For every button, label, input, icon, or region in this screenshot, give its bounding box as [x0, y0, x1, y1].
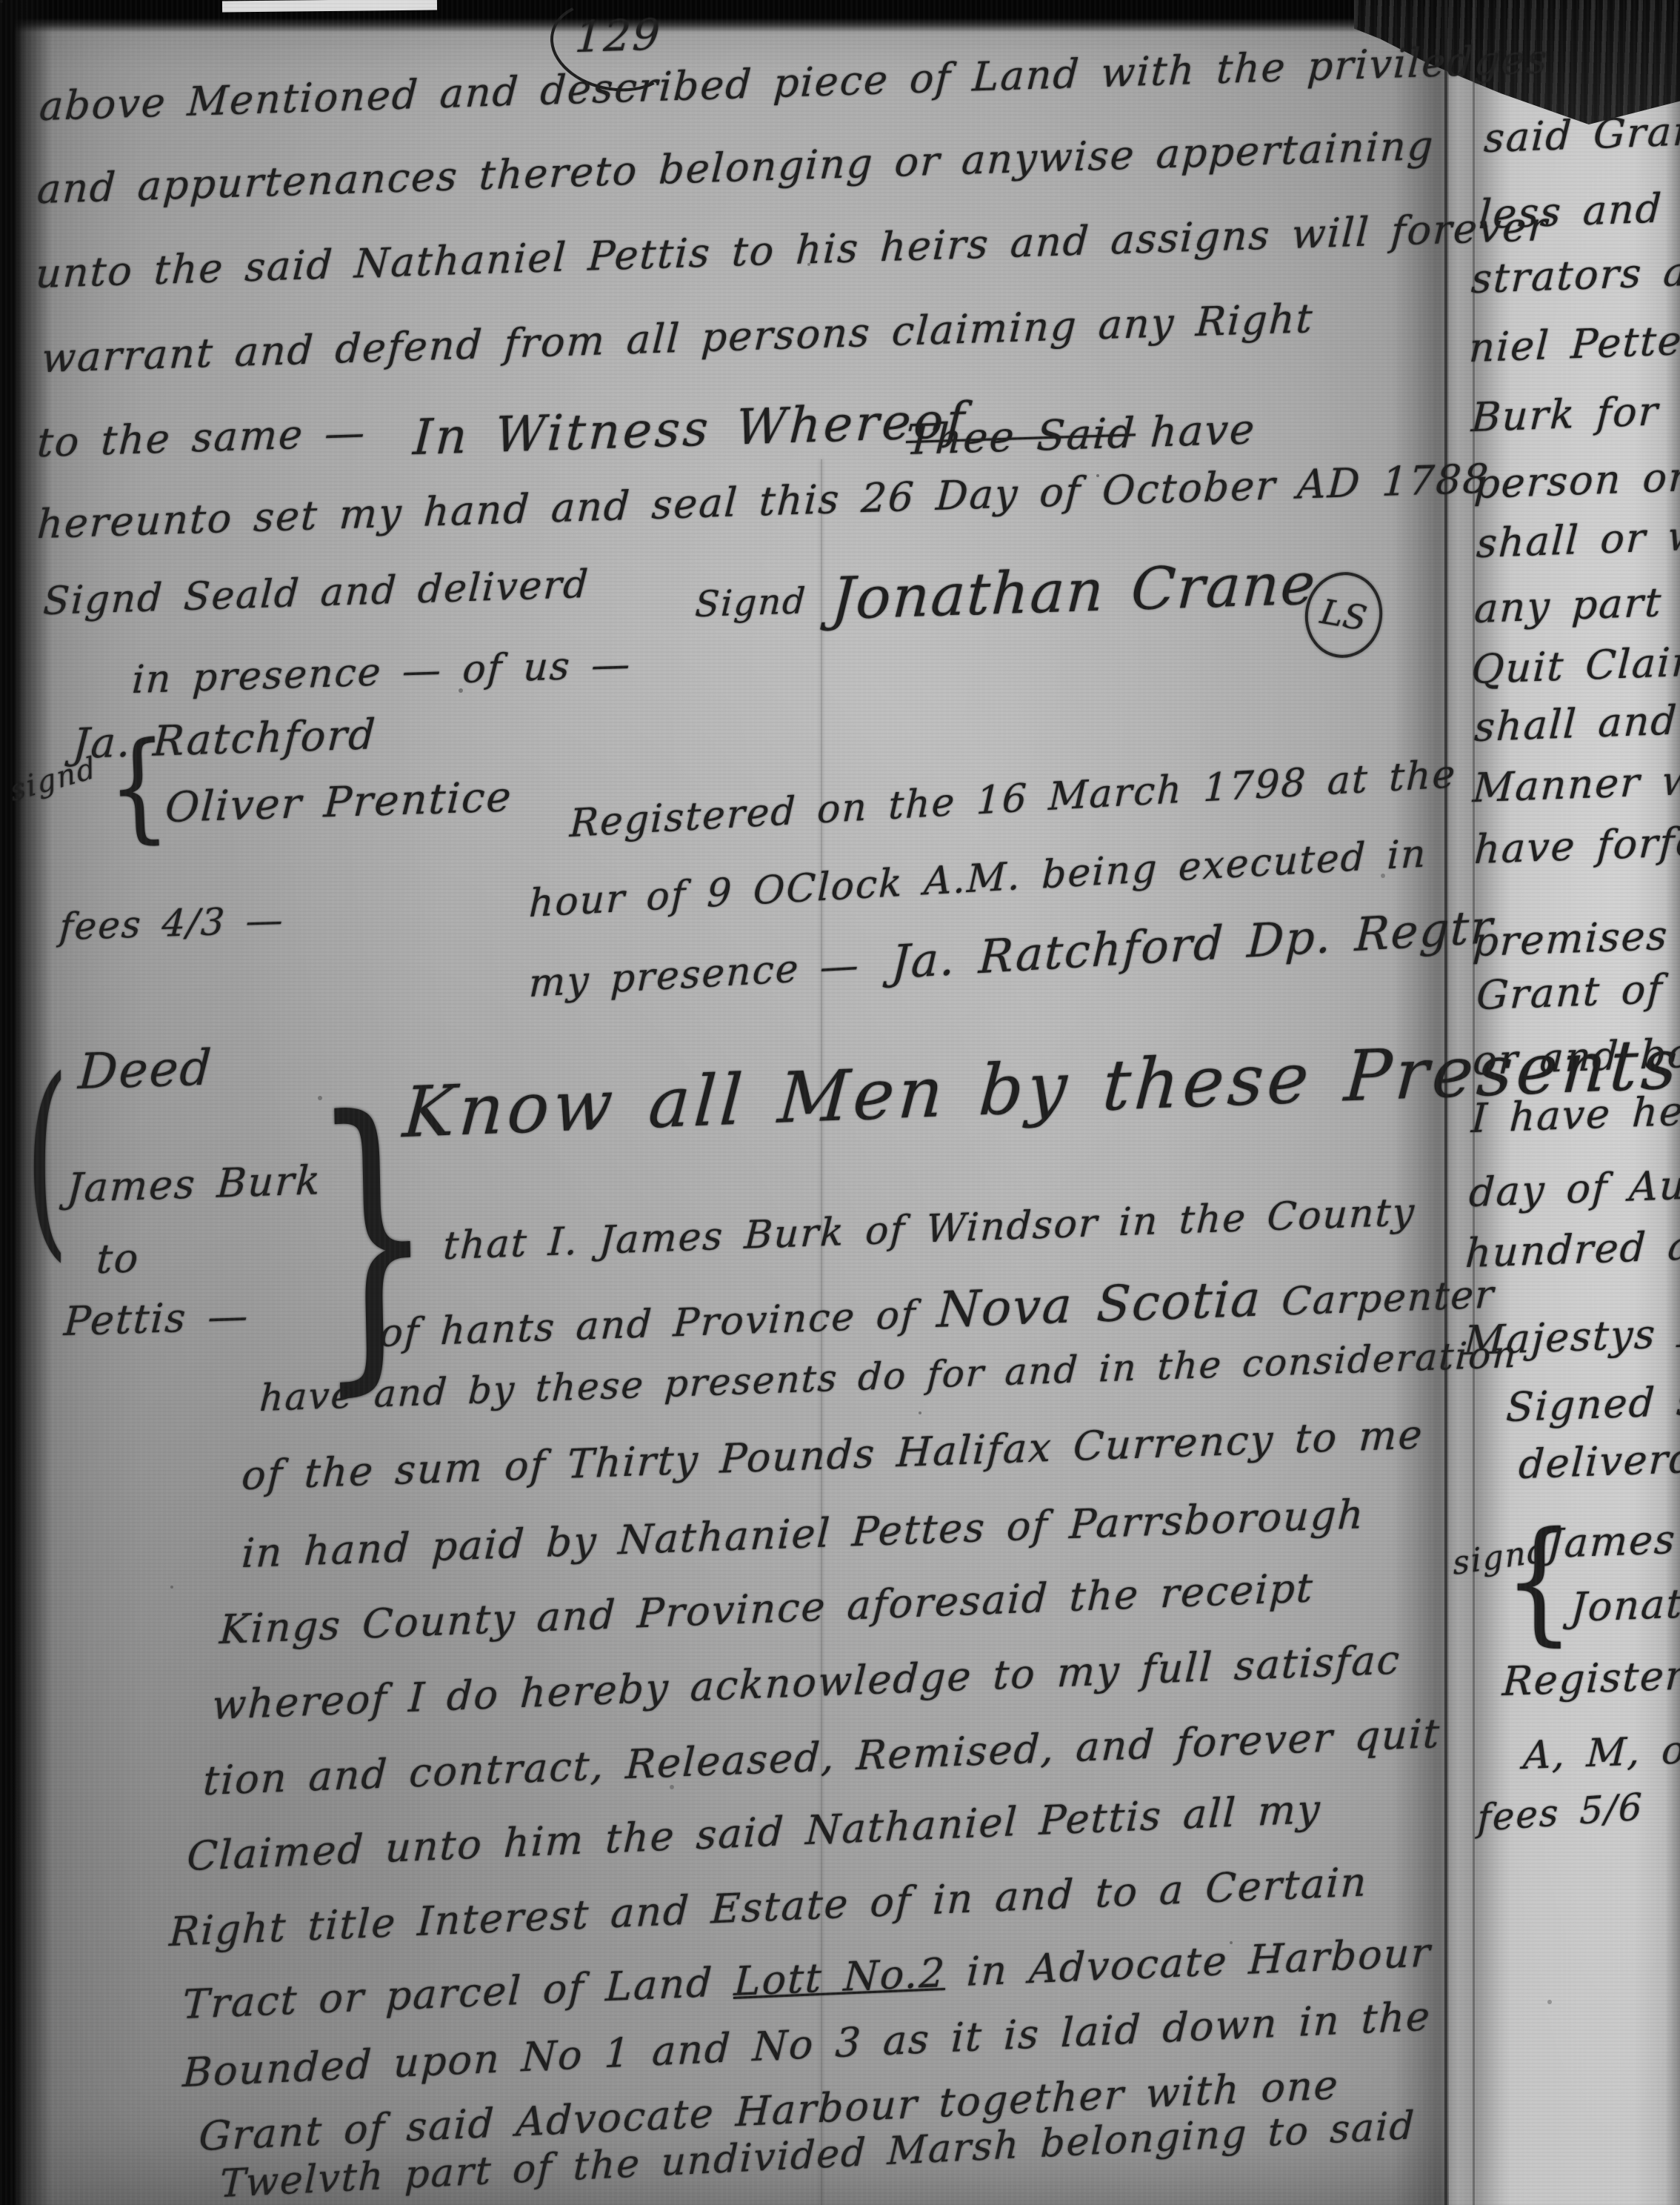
right-page-fragment: James [1546, 1516, 1678, 1567]
signed-label: Signd [694, 580, 808, 625]
right-page-fragment: have forfeite [1473, 817, 1680, 874]
margin-to: to [95, 1234, 141, 1283]
manuscript-scan: 129 above Mentioned and described piece … [0, 0, 1680, 2205]
manuscript-word: have [1149, 405, 1257, 457]
province-name: Nova Scotia [936, 1269, 1263, 1338]
right-page-fragment: less and I [1478, 184, 1680, 239]
right-page-fragment: niel Pettes [1468, 316, 1680, 371]
right-page-fragment: deliverd in [1518, 1433, 1680, 1488]
right-page-fragment: hundred an [1464, 1221, 1680, 1277]
deed-text: Carpenter [1260, 1272, 1496, 1325]
lot-number: Lott No.2 [733, 1949, 947, 2005]
margin-deed-label: Deed [77, 1039, 215, 1100]
right-page-fragment: Manner w [1472, 756, 1680, 811]
fees-note: fees 4/3 — [59, 898, 286, 948]
right-page-fragment: person or pe [1473, 450, 1680, 508]
right-page-fragment: strators and [1470, 246, 1680, 302]
witness-brace: { [105, 716, 171, 858]
ink-specks [0, 0, 3, 3]
right-page-fragment: said Grant [1483, 107, 1680, 162]
right-page-fragment: day of Augu [1468, 1160, 1680, 1216]
right-page-fragment: Majestys Re [1463, 1308, 1680, 1364]
right-page-fragment: Burk for my [1470, 385, 1680, 441]
seal-initials: LS [1318, 591, 1370, 639]
right-page-fragment: any part or [1473, 576, 1680, 632]
margin-grantor: James Burk [65, 1157, 322, 1211]
right-page-fragment: Signed seal [1505, 1375, 1680, 1431]
page-number: 129 [573, 9, 662, 62]
right-page-fragment: Quit Claime [1470, 637, 1680, 694]
right-page-fragment: shall and [1473, 696, 1679, 751]
right-page-fragment: Jonatha [1570, 1578, 1680, 1631]
right-page-fragment: A, M, on [1522, 1727, 1680, 1778]
right-page-fragment: premises acc [1472, 908, 1680, 965]
right-page-fragment: shall or will [1476, 510, 1680, 567]
margin-grantee: Pettis — [62, 1292, 250, 1345]
right-page-fragment: Registered [1501, 1650, 1680, 1705]
margin-flourish: ( [25, 1036, 69, 1281]
struck-words: Thee Said [904, 409, 1137, 465]
right-page-fragment: or and boun [1472, 1028, 1680, 1084]
right-page-fragment: I have hereu [1470, 1085, 1680, 1143]
